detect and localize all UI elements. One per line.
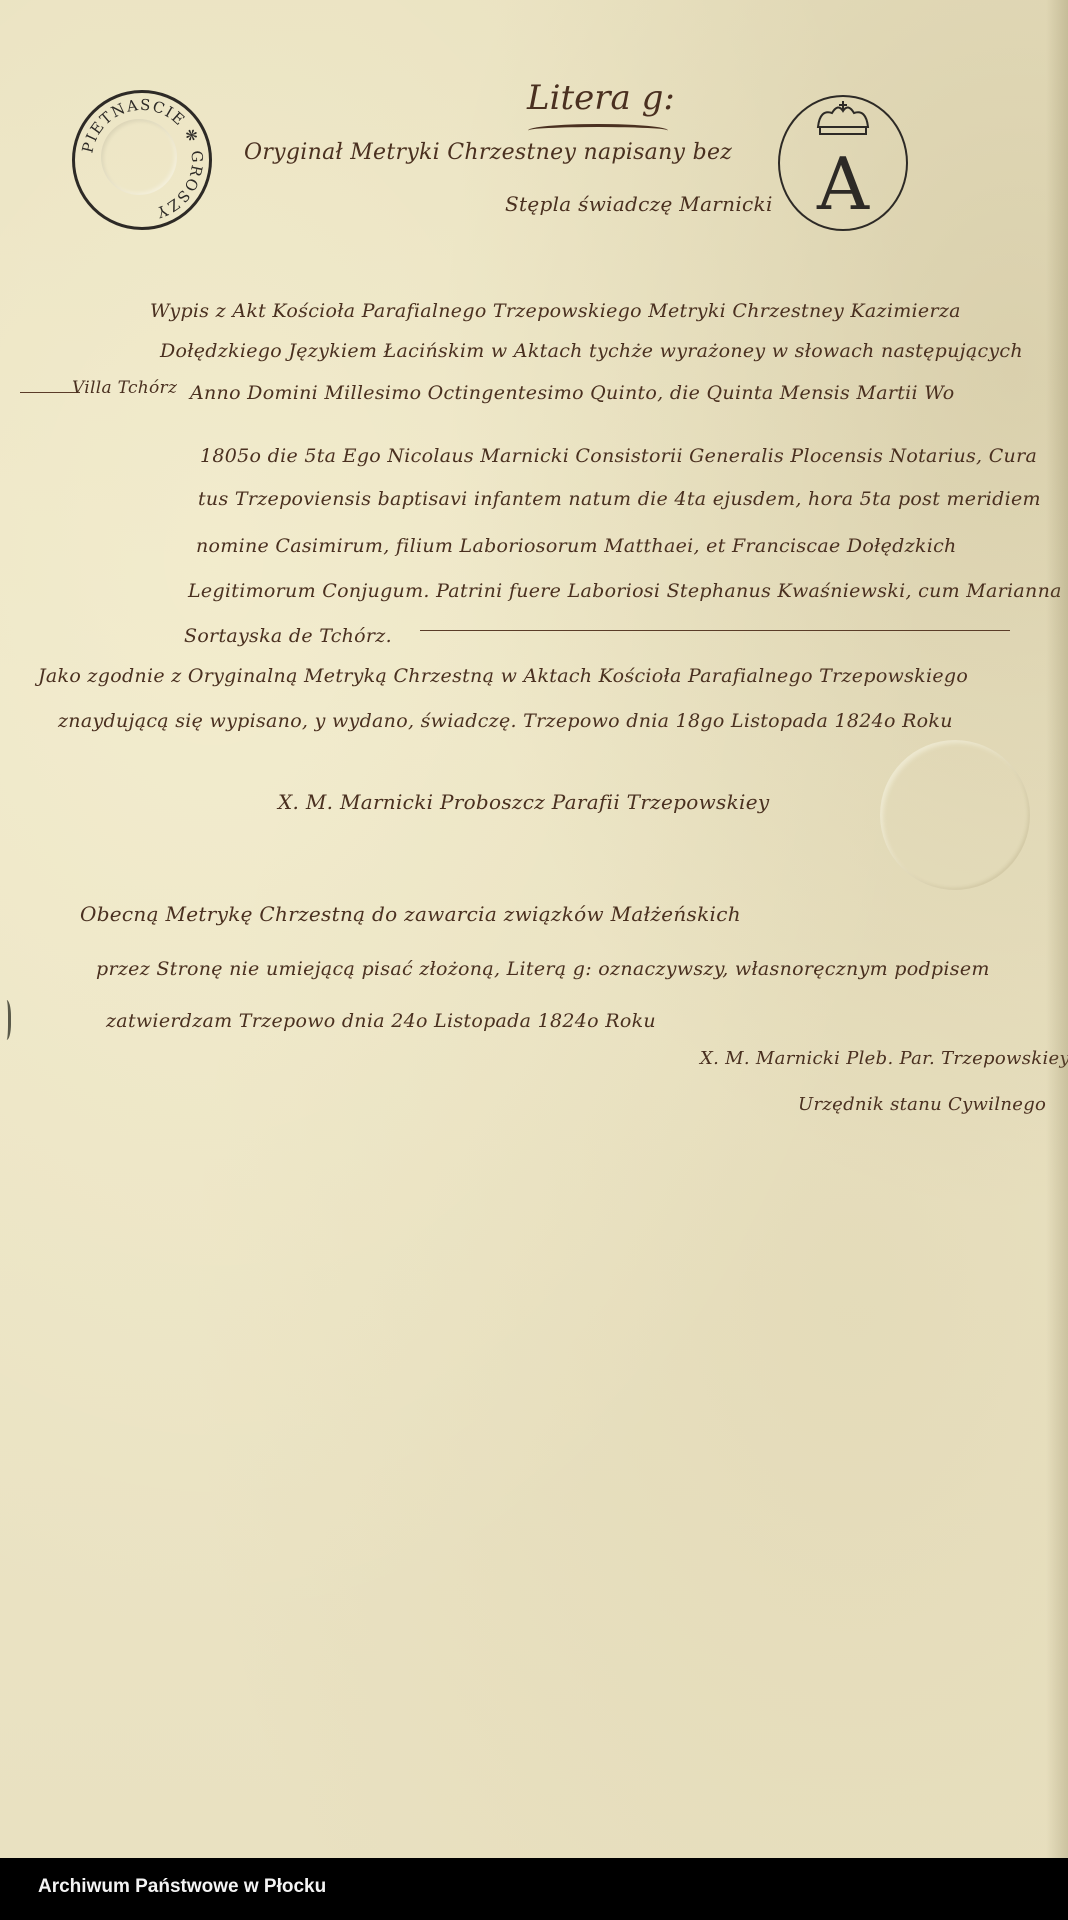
certification-line-2: znaydującą się wypisano, y wydano, świad… [58,710,953,732]
svg-text:A: A [816,142,870,226]
body-line-4: 1805o die 5ta Ego Nicolaus Marnicki Cons… [200,445,1037,467]
approval-signature-2: Urzędnik stanu Cywilnego [798,1094,1046,1115]
body-line-1: Wypis z Akt Kościoła Parafialnego Trzepo… [150,300,961,322]
archive-footer: Archiwum Państwowe w Płocku [0,1858,1068,1920]
document-scan: PIETNASCIE ❋ GROSZY Litera g: A Oryginał… [0,0,1068,1858]
body-line-2: Dołędzkiego Językiem Łacińskim w Aktach … [160,340,1023,362]
approval-line-3: zatwierdzam Trzepowo dnia 24o Listopada … [106,1010,656,1032]
certification-signature: X. M. Marnicki Proboszcz Parafii Trzepow… [278,790,769,814]
body-line-3: Anno Domini Millesimo Octingentesimo Qui… [190,382,955,404]
margin-rule [20,392,80,393]
approval-line-2: przez Stronę nie umiejącą pisać złożoną,… [96,958,990,980]
svg-text:PIETNASCIE ❋ GROSZY: PIETNASCIE ❋ GROSZY [78,96,206,222]
body-line-8: Sortayska de Tchórz. [184,625,392,647]
document-title: Litera g: [527,78,675,118]
crown-icon: A [780,97,906,229]
binding-mark [0,1000,11,1040]
approval-signature-1: X. M. Marnicki Pleb. Par. Trzepowskiey [700,1048,1068,1069]
heading-line-2: Stępla świadczę Marnicki [505,192,773,216]
certification-line-1: Jako zgodnie z Oryginalną Metryką Chrzes… [38,665,968,687]
title-underline [528,124,668,137]
archive-name: Archiwum Państwowe w Płocku [38,1876,326,1898]
body-line-5: tus Trzepoviensis baptisavi infantem nat… [198,488,1041,510]
margin-note: Villa Tchórz [72,378,177,398]
closing-rule [420,630,1010,631]
embossed-seal [880,740,1030,890]
heading-line-1: Oryginał Metryki Chrzestney napisany bez [244,140,732,165]
body-line-7: Legitimorum Conjugum. Patrini fuere Labo… [188,580,1062,602]
tax-stamp: PIETNASCIE ❋ GROSZY [72,90,212,230]
approval-line-1: Obecną Metrykę Chrzestną do zawarcia zwi… [80,902,741,926]
body-line-6: nomine Casimirum, filium Laboriosorum Ma… [196,535,957,557]
crown-monogram-stamp: A [778,95,908,231]
tax-stamp-lettering: PIETNASCIE ❋ GROSZY [75,93,209,227]
